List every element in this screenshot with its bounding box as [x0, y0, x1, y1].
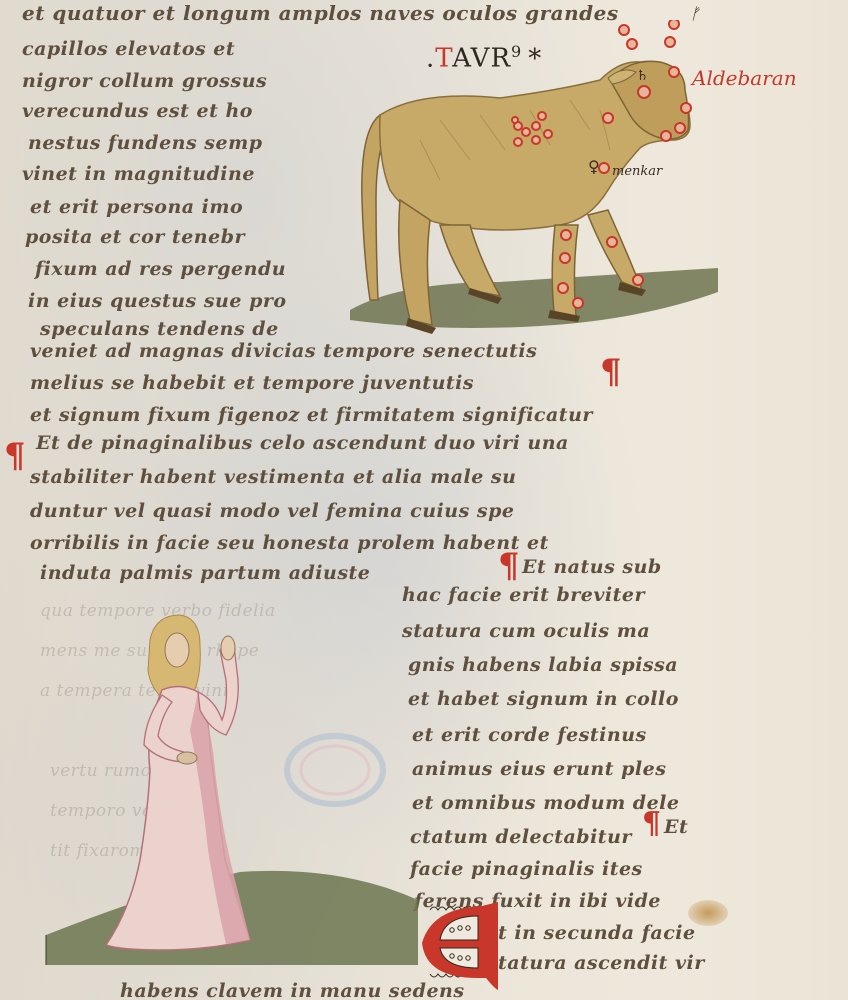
svg-text:♀: ♀	[588, 157, 600, 176]
stain	[688, 900, 728, 926]
text-line: stabiliter habent vestimenta et alia mal…	[30, 466, 516, 488]
text-line: Et	[664, 816, 688, 838]
text-line: fixum ad res pergendu	[35, 258, 286, 280]
text-line: et signum fixum figenoz et firmitatem si…	[30, 404, 593, 426]
text-line: in eius questus sue pro	[28, 290, 287, 312]
star-label-menkar: menkar	[612, 164, 662, 179]
text-line: duntur vel quasi modo vel femina cuius s…	[30, 500, 514, 522]
star-symbol-top: ᚠ	[690, 4, 700, 23]
text-line: et erit persona imo	[30, 196, 243, 218]
text-line: nestus fundens semp	[28, 132, 262, 154]
text-line: et omnibus modum dele	[412, 792, 679, 814]
rubric-pilcrow: ¶	[498, 546, 520, 586]
text-line: t in secunda facie	[498, 922, 696, 944]
text-line: vinet in magnitudine	[22, 163, 255, 185]
text-line: Et natus sub	[522, 556, 662, 578]
taurus-bull-illustration: ♀ ♄	[340, 20, 730, 340]
text-line: et habet signum in collo	[408, 688, 679, 710]
text-line: orribilis in facie seu honesta prolem ha…	[30, 532, 549, 554]
text-line: veniet ad magnas divicias tempore senect…	[30, 340, 537, 362]
rubric-pilcrow: ¶	[600, 352, 622, 392]
svg-text:♄: ♄	[636, 68, 649, 84]
text-line: melius se habebit et tempore juventutis	[30, 372, 474, 394]
text-line: verecundus est et ho	[22, 100, 253, 122]
text-line: nigror collum grossus	[22, 70, 267, 92]
text-line: et erit corde festinus	[412, 724, 647, 746]
text-line: gnis habens labia spissa	[408, 654, 678, 676]
text-line: hac facie erit breviter	[402, 584, 645, 606]
svg-text:E: E	[456, 985, 457, 987]
text-line: statura cum oculis ma	[402, 620, 650, 642]
text-line: Et de pinaginalibus celo ascendunt duo v…	[36, 432, 569, 454]
text-line: speculans tendens de	[40, 318, 279, 340]
text-line: facie pinaginalis ites	[410, 858, 643, 880]
text-line: capillos elevatos et	[22, 38, 235, 60]
star-label-aldebaran: Aldebaran	[692, 66, 797, 90]
text-line: posita et cor tenebr	[25, 226, 245, 248]
text-line: induta palmis partum adiuste	[40, 562, 370, 584]
rubric-pilcrow: ¶	[4, 436, 26, 476]
decorated-initial-letter: E	[412, 898, 504, 990]
text-line: animus eius erunt ples	[412, 758, 666, 780]
text-line: ctatum delectabitur	[410, 826, 632, 848]
woman-figure-illustration	[40, 610, 420, 970]
manuscript-page: qua tempore verbo fidelia mens me sumigr…	[0, 0, 848, 1000]
text-line: tatura ascendit vir	[498, 952, 705, 974]
